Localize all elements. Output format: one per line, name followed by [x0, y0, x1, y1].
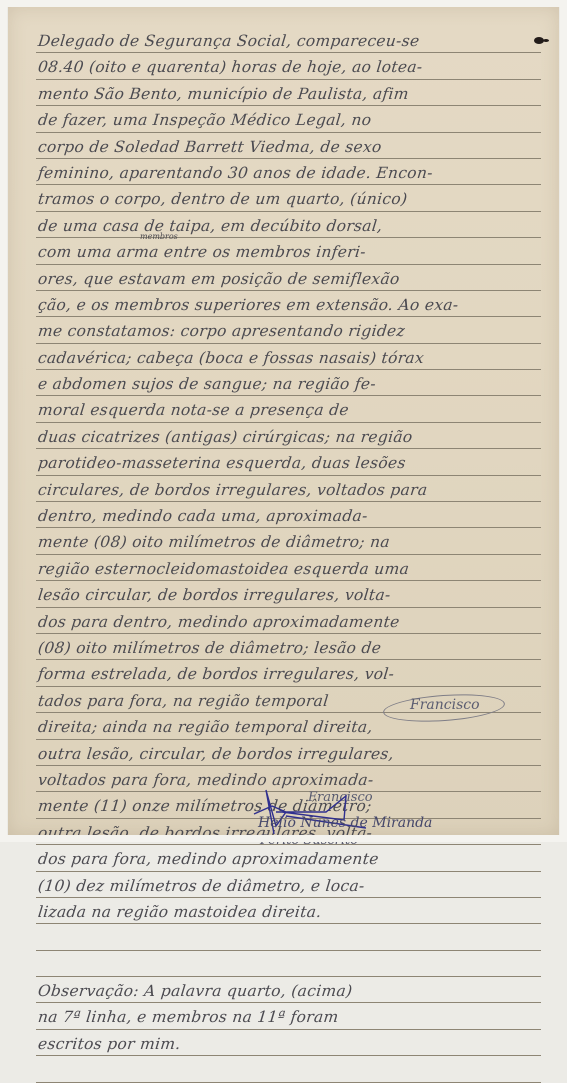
signature-helio-nunes-de-miranda: Helio Nunes de Miranda: [258, 815, 432, 831]
text-line: de fazer, uma Inspeção Médico Legal, no: [36, 106, 541, 132]
text-line: (08) oito milímetros de diâmetro; lesão …: [36, 634, 541, 660]
text-line: dentro, medindo cada uma, aproximada-: [36, 502, 541, 528]
insertion-above-line: membros: [140, 232, 178, 241]
text-line: ção, e os membros superiores em extensão…: [36, 291, 541, 317]
text-line: corpo de Soledad Barrett Viedma, de sexo: [36, 133, 541, 159]
text-line: tramos o corpo, dentro de um quarto, (ún…: [36, 185, 541, 211]
text-line: outra lesão, circular, de bordos irregul…: [36, 740, 541, 766]
text-line: 08.40 (oito e quarenta) horas de hoje, a…: [36, 53, 541, 79]
text-line: lesão circular, de bordos irregulares, v…: [36, 581, 541, 607]
text-line: mento São Bento, município de Paulista, …: [36, 80, 541, 106]
text-line: dos para dentro, medindo aproximadamente: [36, 608, 541, 634]
text-line: moral esquerda nota-se a presença de: [36, 396, 541, 422]
text-line: e abdomen sujos de sangue; na região fe-: [36, 370, 541, 396]
text-line: circulares, de bordos irregulares, volta…: [36, 476, 541, 502]
text-line: Delegado de Segurança Social, compareceu…: [36, 27, 541, 53]
text-line: feminino, aparentando 30 anos de idade. …: [36, 159, 541, 185]
text-line: duas cicatrizes (antigas) cirúrgicas; na…: [36, 423, 541, 449]
text-line: me constatamos: corpo apresentando rigid…: [36, 317, 541, 343]
text-line: parotideo-masseterina esquerda, duas les…: [36, 449, 541, 475]
text-line: de uma casa de taipa, em decúbito dorsal…: [36, 212, 541, 238]
text-line: com uma arma entre os membros inferi-: [36, 238, 541, 264]
handwritten-text-body: Delegado de Segurança Social, compareceu…: [36, 27, 541, 842]
text-line: ores, que estavam em posição de semiflex…: [36, 265, 541, 291]
signature-examiner: Francisco: [410, 697, 480, 713]
text-line: mente (08) oito milímetros de diâmetro; …: [36, 528, 541, 554]
signature-perito: Perito Suscrito: [260, 833, 358, 842]
text-line: região esternocleidomastoidea esquerda u…: [36, 555, 541, 581]
text-line: cadavérica; cabeça (boca e fossas nasais…: [36, 344, 541, 370]
document-page: Delegado de Segurança Social, compareceu…: [8, 7, 559, 835]
text-line: forma estrelada, de bordos irregulares, …: [36, 660, 541, 686]
